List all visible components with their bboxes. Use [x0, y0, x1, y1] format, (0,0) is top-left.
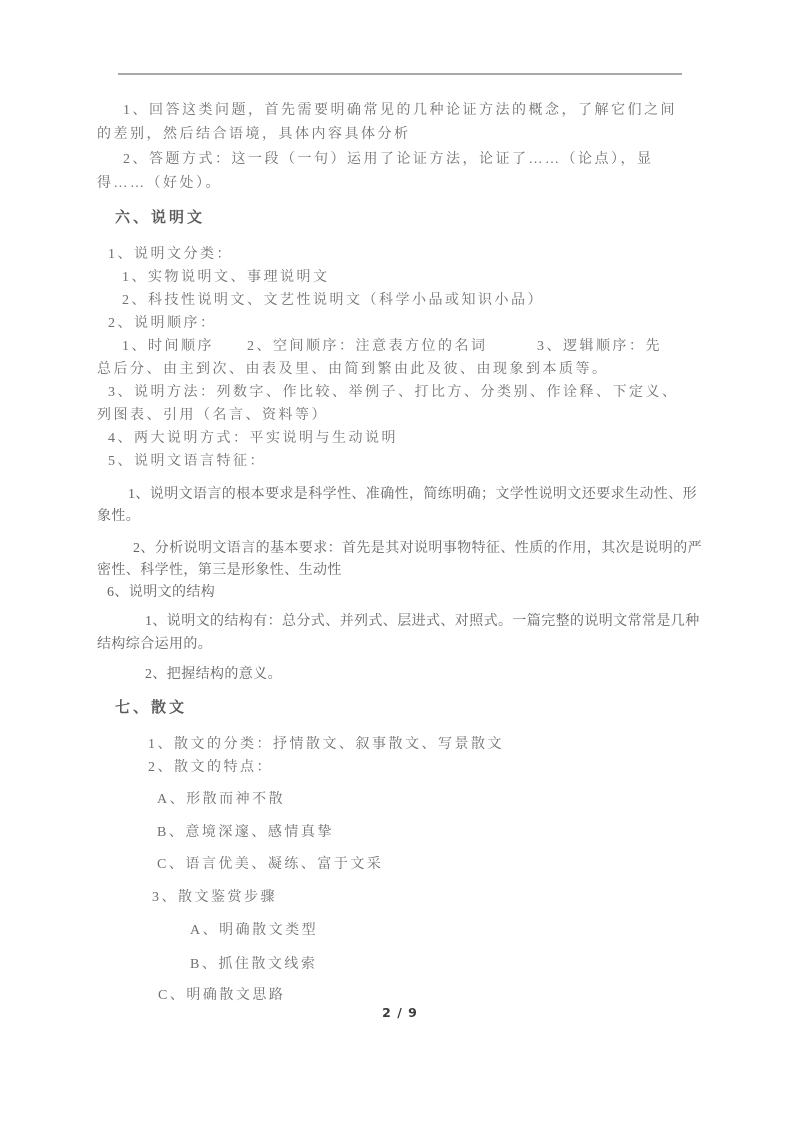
text-line: 4、两大说明方式：平实说明与生动说明 — [108, 431, 398, 447]
document-body: 1、回答这类问题，首先需要明确常见的几种论证方法的概念，了解它们之间的差别，然后… — [0, 0, 800, 1132]
page-number: 2 / 9 — [0, 1005, 800, 1020]
text-line: 3、说明方法：列数字、作比较、举例子、打比方、分类别、作诠释、下定义、 — [108, 385, 679, 401]
text-line: 1、时间顺序 2、空间顺序：注意表方位的名词 3、逻辑顺序：先 — [122, 339, 662, 355]
text-line: 1、说明文语言的根本要求是科学性、准确性，简练明确；文学性说明文还要求生动性、形 — [128, 487, 697, 503]
text-line: A、形散而神不散 — [157, 792, 285, 808]
section-heading: 七、散文 — [115, 700, 187, 717]
text-line: 2、答题方式：这一段（一句）运用了论证方法，论证了……（论点），显 — [123, 152, 654, 168]
section-heading: 六、说明文 — [115, 210, 205, 227]
text-line: 2、科技性说明文、文艺性说明文（科学小品或知识小品） — [122, 293, 544, 309]
text-line: A、明确散文类型 — [190, 923, 318, 939]
text-line: 的差别，然后结合语境，具体内容具体分析 — [97, 127, 411, 143]
text-line: 2、把握结构的意义。 — [145, 667, 282, 683]
text-line: 2、散文的特点： — [148, 760, 273, 776]
text-line: 3、散文鉴赏步骤 — [152, 890, 277, 906]
text-line: 5、说明文语言特征： — [108, 454, 266, 470]
text-line: 总后分、由主到次、由表及里、由简到繁由此及彼、由现象到本质等。 — [97, 362, 609, 378]
text-line: 2、分析说明文语言的基本要求：首先是其对说明事物特征、性质的作用，其次是说明的严 — [133, 541, 702, 557]
text-line: 1、回答这类问题，首先需要明确常见的几种论证方法的概念，了解它们之间 — [123, 103, 677, 119]
text-line: 结构综合运用的。 — [97, 637, 212, 653]
text-line: 1、说明文的结构有：总分式、并列式、层进式、对照式。一篇完整的说明文常常是几种 — [145, 614, 700, 630]
text-line: 密性、科学性，第三是形象性、生动性 — [97, 563, 342, 579]
text-line: B、抓住散文线索 — [190, 957, 317, 973]
text-line: 列图表、引用（名言、资料等） — [97, 408, 328, 424]
text-line: 6、说明文的结构 — [107, 585, 215, 601]
text-line: 得……（好处）。 — [97, 176, 222, 192]
text-line: B、意境深邃、感情真挚 — [157, 825, 334, 841]
text-line: 2、说明顺序： — [108, 316, 217, 332]
text-line: 象性。 — [97, 509, 140, 525]
text-line: C、明确散文思路 — [158, 988, 285, 1004]
text-line: 1、实物说明文、事理说明文 — [122, 270, 330, 286]
document-page: 1、回答这类问题，首先需要明确常见的几种论证方法的概念，了解它们之间的差别，然后… — [0, 0, 800, 1132]
text-line: 1、说明文分类： — [108, 247, 233, 263]
text-line: 1、散文的分类：抒情散文、叙事散文、写景散文 — [148, 737, 504, 753]
text-line: C、语言优美、凝练、富于文采 — [157, 857, 383, 873]
